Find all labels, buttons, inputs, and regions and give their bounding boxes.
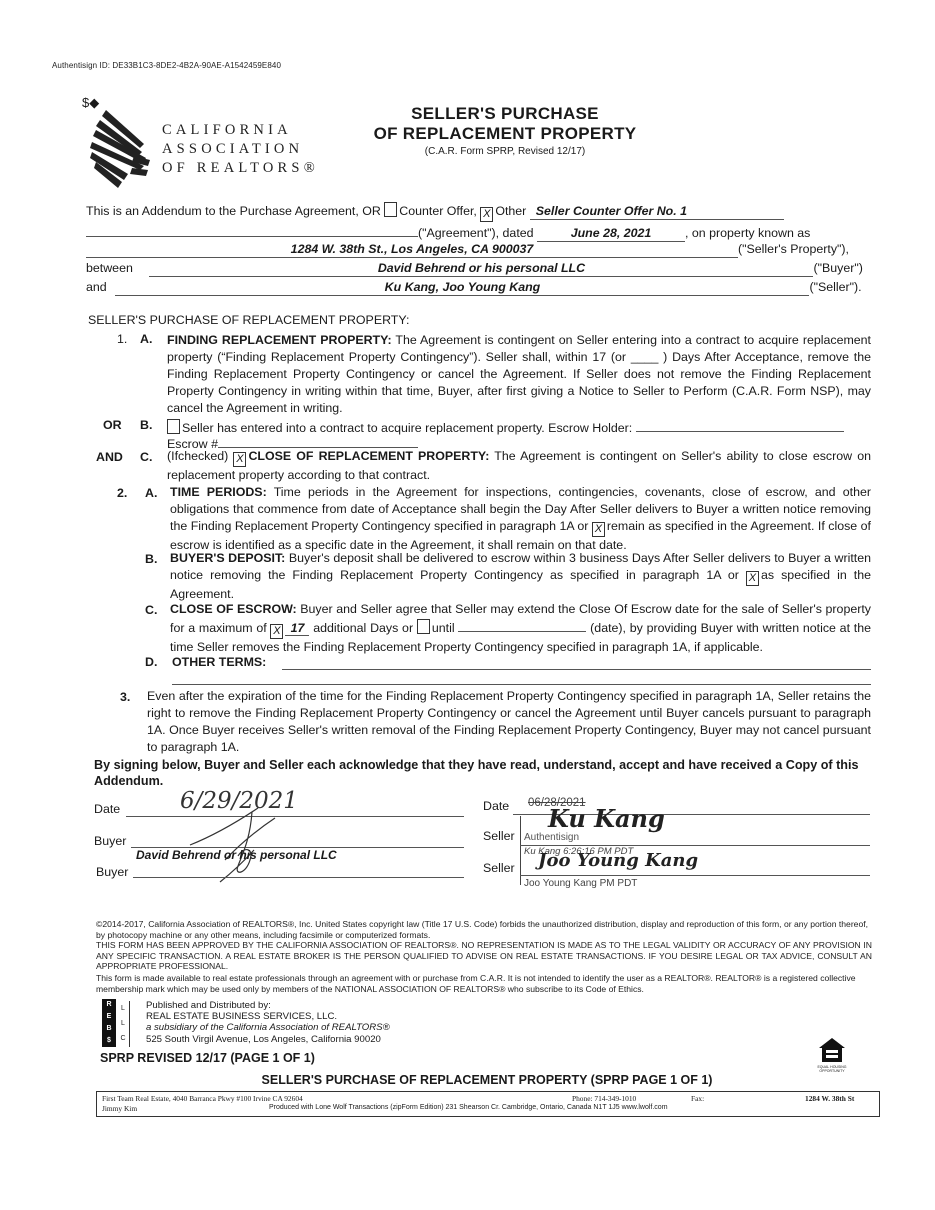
legal-approved: THIS FORM HAS BEEN APPROVED BY THE CALIF… <box>96 940 872 972</box>
p1a-text: FINDING REPLACEMENT PROPERTY: The Agreem… <box>167 332 871 417</box>
revision-label: SPRP REVISED 12/17 (PAGE 1 OF 1) <box>100 1051 315 1065</box>
p2c-title: CLOSE OF ESCROW: <box>170 602 297 616</box>
seller2-timestamp: Joo Young Kang PM PDT <box>524 878 637 889</box>
footer-box: First Team Real Estate, 4040 Barranca Pk… <box>96 1091 880 1117</box>
other-checkbox[interactable]: X <box>480 207 493 222</box>
intro-row-5: and Ku Kang, Joo Young Kang("Seller"). <box>86 278 872 297</box>
badge-letter: L <box>117 1001 129 1016</box>
p1c-checkbox[interactable]: X <box>233 452 246 467</box>
buyer-signature-scribble-icon <box>180 800 290 885</box>
p2c-until-date-field[interactable] <box>458 618 586 632</box>
buyer-printed-name: David Behrend or his personal LLC <box>136 848 337 862</box>
p2a-text: TIME PERIODS: Time periods in the Agreem… <box>170 484 871 554</box>
p2b-text: BUYER'S DEPOSIT: Buyer's deposit shall b… <box>170 550 871 603</box>
publisher-line-2: REAL ESTATE BUSINESS SERVICES, LLC. <box>146 1011 390 1022</box>
p2c-letter: C. <box>145 603 157 617</box>
publisher-line-3: a subsidiary of the California Associati… <box>146 1022 390 1033</box>
p1c-lead: (Ifchecked) <box>167 449 228 463</box>
footer-property: 1284 W. 38th St <box>805 1094 854 1103</box>
intro-row-1: This is an Addendum to the Purchase Agre… <box>86 202 872 222</box>
badge-letter: $ <box>102 1035 116 1047</box>
authentisign-id: Authentisign ID: DE33B1C3-8DE2-4B2A-90AE… <box>52 61 281 70</box>
seller-date-label: Date <box>483 799 509 813</box>
logo-line-1: CALIFORNIA <box>162 121 319 140</box>
agreement-label: ("Agreement"), dated <box>418 226 534 240</box>
p2c-until-checkbox[interactable] <box>417 619 430 634</box>
p1b-letter: B. <box>140 418 152 432</box>
logo-line-2: ASSOCIATION <box>162 140 319 159</box>
p1a-title: FINDING REPLACEMENT PROPERTY: <box>167 333 392 347</box>
p2a-title: TIME PERIODS: <box>170 485 267 499</box>
seller2-signature: Joo Young Kang <box>538 850 698 871</box>
acknowledgment-text: By signing below, Buyer and Seller each … <box>94 757 872 789</box>
intro-row-4: between David Behrend or his personal LL… <box>86 259 872 278</box>
logo-line-3: OF REALTORS® <box>162 159 319 178</box>
p2c-text: CLOSE OF ESCROW: Buyer and Seller agree … <box>170 601 871 656</box>
publisher-line-4: 525 South Virgil Avenue, Los Angeles, Ca… <box>146 1034 390 1045</box>
between-label: between <box>86 259 146 278</box>
seller2-label: Seller <box>483 861 515 875</box>
p1c-text: (Ifchecked) XCLOSE OF REPLACEMENT PROPER… <box>167 448 871 484</box>
footer-fax: Fax: <box>691 1094 704 1103</box>
p1c-prefix: AND <box>96 450 123 464</box>
and-label: and <box>86 278 112 297</box>
p1c-letter: C. <box>140 450 152 464</box>
section-heading: SELLER'S PURCHASE OF REPLACEMENT PROPERT… <box>88 313 409 327</box>
badge-letter: E <box>102 1011 116 1023</box>
p2c-days-checkbox[interactable]: X <box>270 624 283 639</box>
counter-offer-checkbox[interactable] <box>384 202 397 217</box>
legal-availability: This form is made available to real esta… <box>96 973 872 994</box>
badge-letter: C <box>117 1031 129 1046</box>
sellers-property-label: ("Seller's Property"), <box>738 242 849 256</box>
footer-phone: Phone: 714-349-1010 <box>572 1094 636 1103</box>
p2c-until-label: until <box>432 621 455 635</box>
buyer-date-label: Date <box>94 802 120 816</box>
other-field[interactable]: Seller Counter Offer No. 1 <box>530 204 784 220</box>
footer-agent: Jimmy Kim <box>102 1104 137 1113</box>
p3-text: Even after the expiration of the time fo… <box>147 688 871 756</box>
p1a-letter: A. <box>140 332 152 346</box>
buyer-label: ("Buyer") <box>813 261 862 275</box>
intro-lead: This is an Addendum to the Purchase Agre… <box>86 204 381 218</box>
title-line-1: SELLER'S PURCHASE <box>360 104 650 124</box>
badge-letter: L <box>117 1016 129 1031</box>
escrow-holder-field[interactable] <box>636 416 844 432</box>
seller2-signature-line[interactable] <box>520 874 870 876</box>
buyer-name-field[interactable]: David Behrend or his personal LLC <box>149 261 813 277</box>
rebs-badge-right: L L C <box>117 1001 130 1047</box>
p2b-title: BUYER'S DEPOSIT: <box>170 551 285 565</box>
other-terms-line-2[interactable] <box>172 683 871 685</box>
agreement-blank[interactable] <box>86 221 418 237</box>
badge-letter: R <box>102 999 116 1011</box>
seller1-label: Seller <box>483 829 515 843</box>
p3-number: 3. <box>120 690 130 704</box>
p1-number: 1. <box>117 332 127 346</box>
p2b-checkbox[interactable]: X <box>746 571 759 586</box>
authentisign-stamp: Authentisign <box>524 832 579 843</box>
other-label: Other <box>495 204 526 218</box>
footer-produced: Produced with Lone Wolf Transactions (zi… <box>269 1104 668 1111</box>
buyer2-label: Buyer <box>96 865 128 879</box>
legal-copyright: ©2014-2017, California Association of RE… <box>96 919 872 940</box>
rebs-badge-left: R E B $ <box>102 999 116 1047</box>
car-logo-text: CALIFORNIA ASSOCIATION OF REALTORS® <box>162 121 319 178</box>
buyer2-signature-line[interactable] <box>133 876 464 878</box>
footer-title: SELLER'S PURCHASE OF REPLACEMENT PROPERT… <box>96 1073 878 1087</box>
seller-label: ("Seller"). <box>809 280 861 294</box>
p2c-days-field[interactable]: 17 <box>285 622 309 636</box>
equal-housing-text: EQUAL HOUSING OPPORTUNITY <box>812 1065 852 1073</box>
p2a-letter: A. <box>145 486 157 500</box>
buyer1-label: Buyer <box>94 834 126 848</box>
escrow-number-field[interactable] <box>218 432 418 448</box>
publisher-line-1: Published and Distributed by: <box>146 1000 390 1011</box>
seller-name-field[interactable]: Ku Kang, Joo Young Kang <box>115 280 809 296</box>
equal-housing-icon <box>817 1036 847 1064</box>
car-logo-icon <box>88 108 154 190</box>
p2a-checkbox[interactable]: X <box>592 522 605 537</box>
buyer-date-line[interactable] <box>126 815 464 817</box>
p1c-title: CLOSE OF REPLACEMENT PROPERTY: <box>248 449 489 463</box>
other-terms-line-1[interactable] <box>282 668 871 670</box>
p2c-body-2: additional Days or <box>313 621 413 635</box>
property-known-label: , on property known as <box>685 226 810 240</box>
intro-row-3: 1284 W. 38th St., Los Angeles, CA 900037… <box>86 240 872 259</box>
publisher-info: Published and Distributed by: REAL ESTAT… <box>146 1000 390 1045</box>
title-line-2: OF REPLACEMENT PROPERTY <box>360 124 650 144</box>
badge-letter: B <box>102 1023 116 1035</box>
p2b-letter: B. <box>145 552 157 566</box>
property-address-field[interactable]: 1284 W. 38th St., Los Angeles, CA 900037 <box>86 242 738 258</box>
form-title: SELLER'S PURCHASE OF REPLACEMENT PROPERT… <box>360 104 650 157</box>
form-subtitle: (C.A.R. Form SPRP, Revised 12/17) <box>360 146 650 157</box>
counter-offer-label: Counter Offer, <box>399 204 477 218</box>
p2d-letter: D. <box>145 655 157 669</box>
seller1-signature: Ku Kang <box>548 804 665 833</box>
p2d-title: OTHER TERMS: <box>172 655 266 669</box>
p2-number: 2. <box>117 486 127 500</box>
p1b-prefix: OR <box>103 418 122 432</box>
footer-brokerage: First Team Real Estate, 4040 Barranca Pk… <box>102 1094 303 1103</box>
